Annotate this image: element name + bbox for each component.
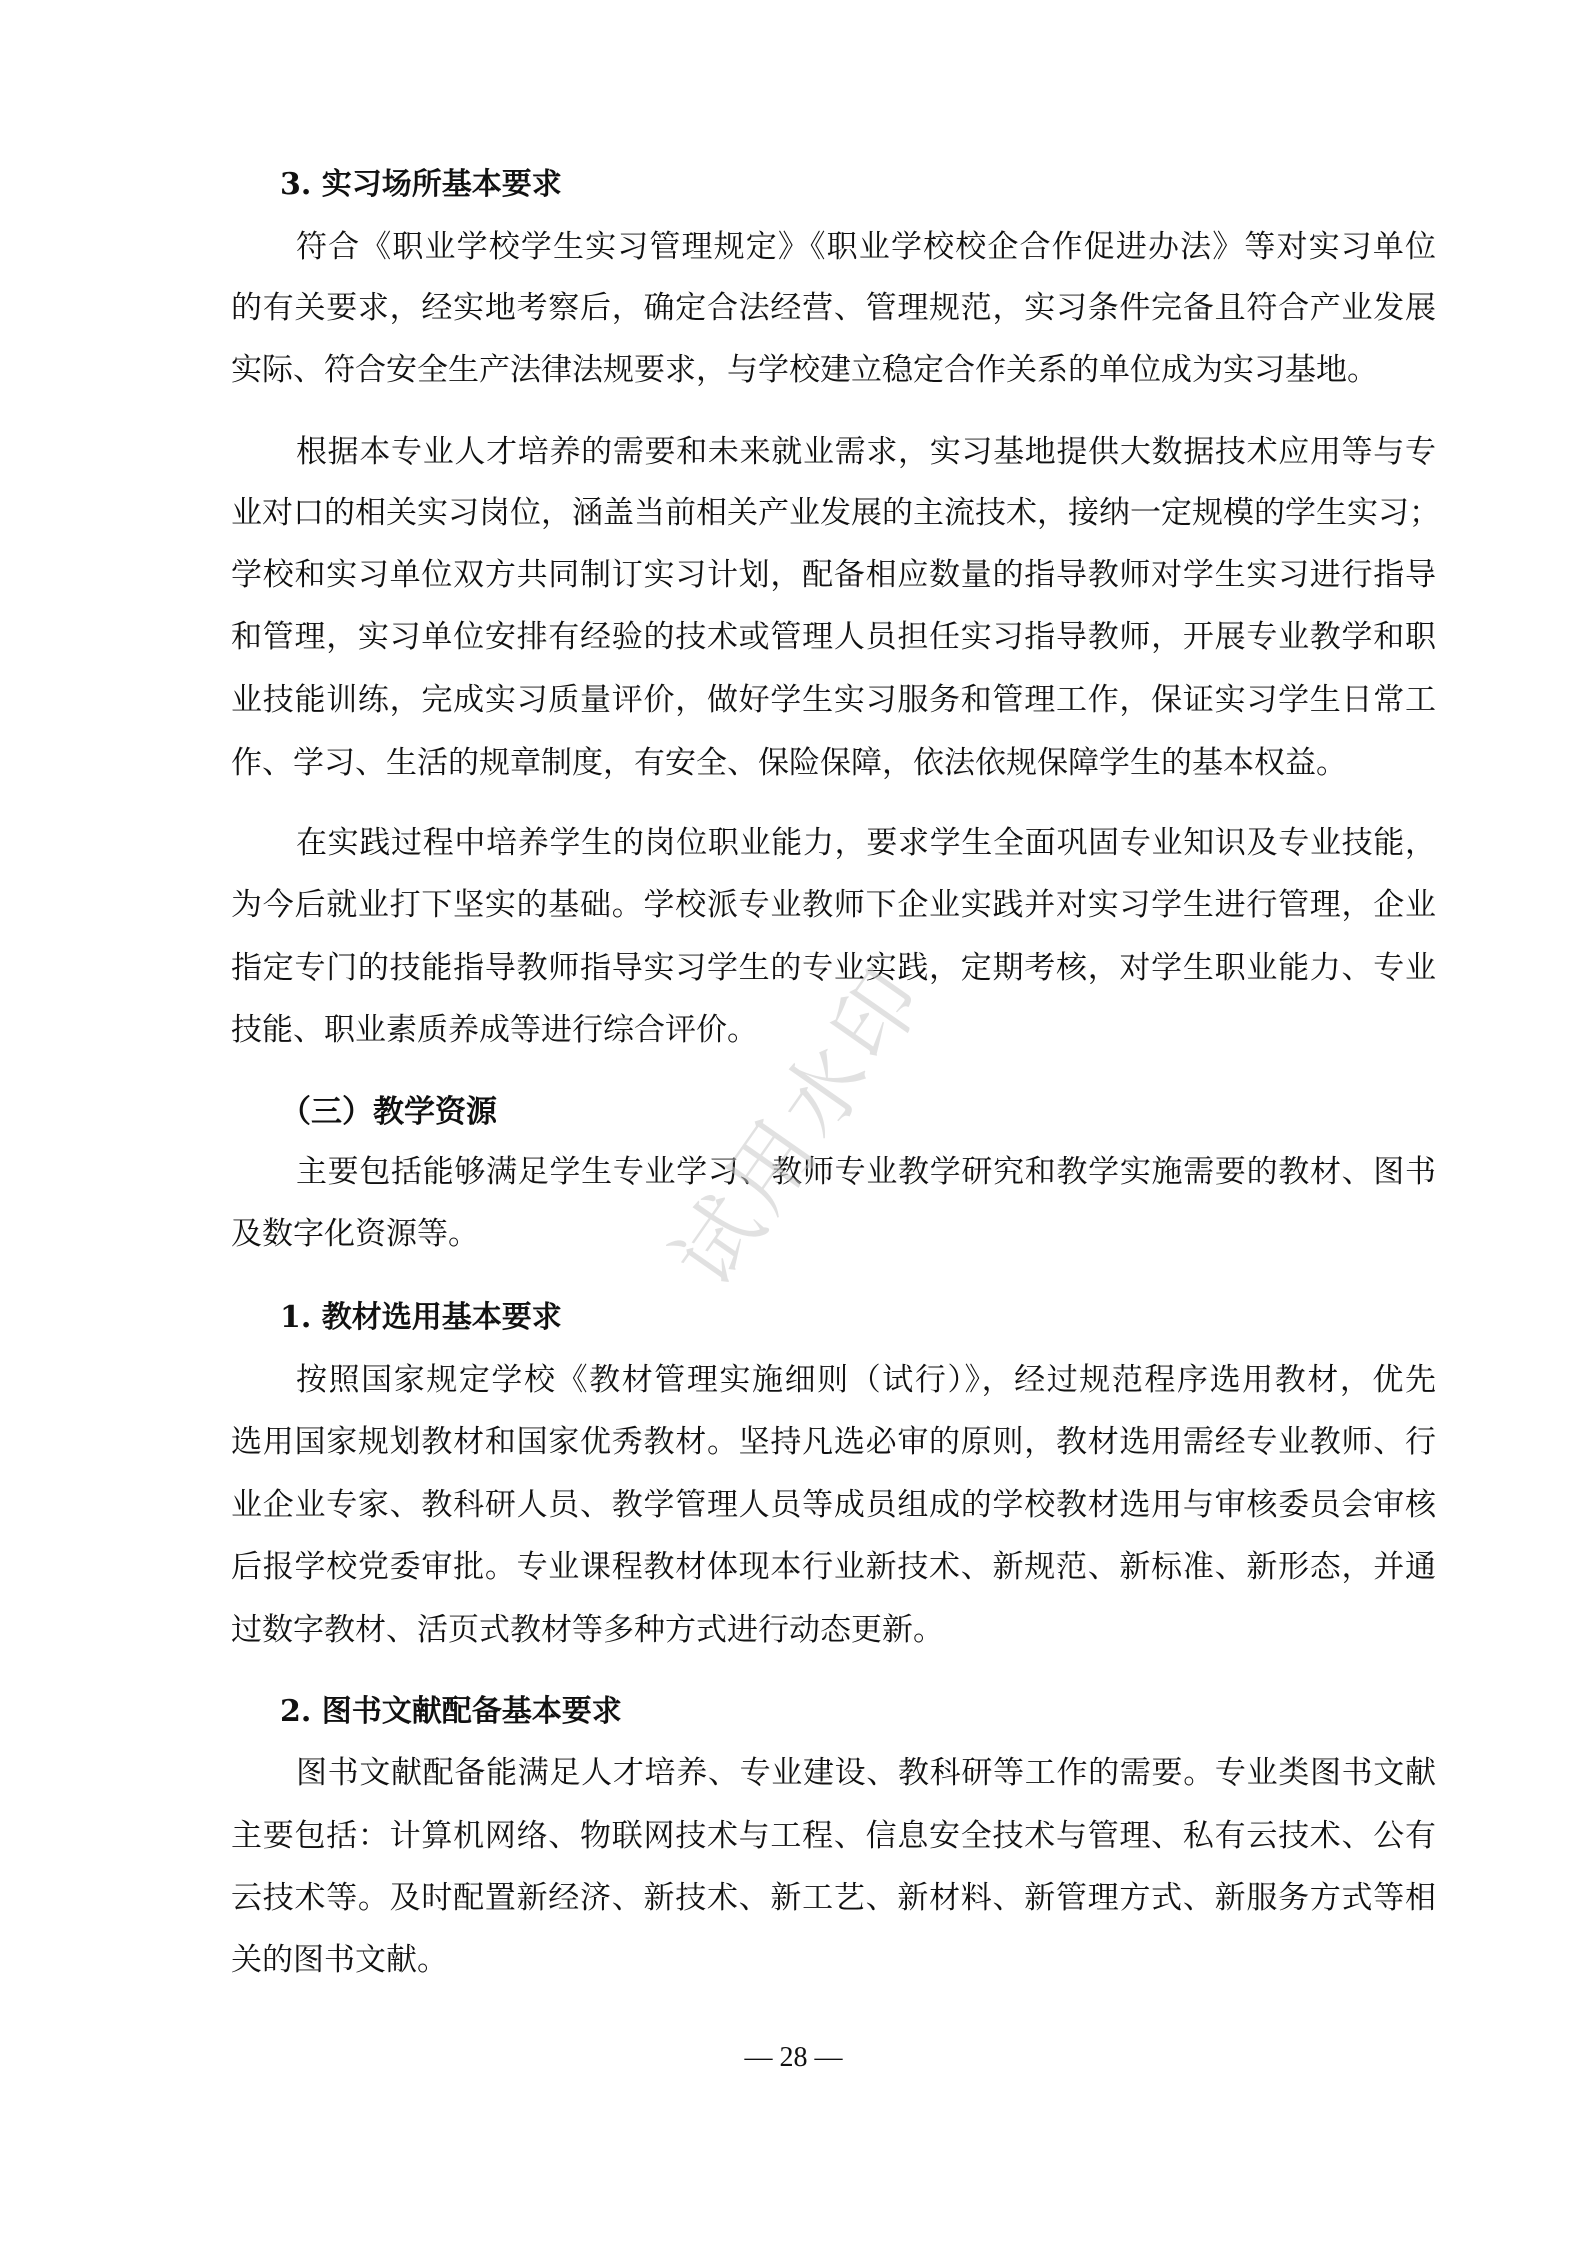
paragraph-line: 技能、职业素质养成等进行综合评价。 [231, 1010, 1436, 1050]
paragraph-line: 关的图书文献。 [231, 1940, 1436, 1980]
paragraph-line: 主要包括：计算机网络、物联网技术与工程、信息安全技术与管理、私有云技术、公有 [231, 1816, 1436, 1856]
paragraph-line: 和管理，实习单位安排有经验的技术或管理人员担任实习指导教师，开展专业教学和职 [231, 617, 1436, 657]
heading-textbook-selection: 1. 教材选用基本要求 [280, 1298, 562, 1338]
paragraph-line: 业对口的相关实习岗位，涵盖当前相关产业发展的主流技术，接纳一定规模的学生实习； [231, 493, 1436, 533]
heading-teaching-resources: （三）教学资源 [280, 1092, 497, 1132]
paragraph-line: 的有关要求，经实地考察后，确定合法经营、管理规范，实习条件完备且符合产业发展 [231, 288, 1436, 328]
paragraph-line: 业企业专家、教科研人员、教学管理人员等成员组成的学校教材选用与审核委员会审核 [231, 1485, 1436, 1525]
paragraph-line: 后报学校党委审批。专业课程教材体现本行业新技术、新规范、新标准、新形态，并通 [231, 1547, 1436, 1587]
paragraph-line: 作、学习、生活的规章制度，有安全、保险保障，依法依规保障学生的基本权益。 [231, 743, 1436, 783]
paragraph-line: 选用国家规划教材和国家优秀教材。坚持凡选必审的原则，教材选用需经专业教师、行 [231, 1422, 1436, 1462]
paragraph-line: 主要包括能够满足学生专业学习、教师专业教学研究和教学实施需要的教材、图书 [296, 1152, 1436, 1192]
paragraph-line: 实际、符合安全生产法律法规要求，与学校建立稳定合作关系的单位成为实习基地。 [231, 350, 1436, 390]
paragraph-line: 过数字教材、活页式教材等多种方式进行动态更新。 [231, 1610, 1436, 1650]
paragraph-line: 符合《职业学校学生实习管理规定》《职业学校校企合作促进办法》等对实习单位 [296, 227, 1436, 267]
paragraph-line: 按照国家规定学校《教材管理实施细则（试行）》，经过规范程序选用教材，优先 [296, 1360, 1436, 1400]
paragraph-line: 及数字化资源等。 [231, 1214, 1436, 1254]
paragraph-line: 根据本专业人才培养的需要和未来就业需求，实习基地提供大数据技术应用等与专 [296, 432, 1436, 472]
paragraph-line: 在实践过程中培养学生的岗位职业能力，要求学生全面巩固专业知识及专业技能， [296, 823, 1436, 863]
page-number: — 28 — [0, 2040, 1587, 2076]
heading-library-resources: 2. 图书文献配备基本要求 [280, 1692, 622, 1732]
paragraph-line: 图书文献配备能满足人才培养、专业建设、教科研等工作的需要。专业类图书文献 [296, 1753, 1436, 1793]
paragraph-line: 业技能训练，完成实习质量评价，做好学生实习服务和管理工作，保证实习学生日常工 [231, 680, 1436, 720]
paragraph-line: 为今后就业打下坚实的基础。学校派专业教师下企业实践并对实习学生进行管理，企业 [231, 885, 1436, 925]
paragraph-line: 云技术等。及时配置新经济、新技术、新工艺、新材料、新管理方式、新服务方式等相 [231, 1878, 1436, 1918]
heading-internship-site-requirements: 3. 实习场所基本要求 [280, 165, 562, 205]
paragraph-line: 学校和实习单位双方共同制订实习计划，配备相应数量的指导教师对学生实习进行指导 [231, 555, 1436, 595]
paragraph-line: 指定专门的技能指导教师指导实习学生的专业实践，定期考核，对学生职业能力、专业 [231, 948, 1436, 988]
document-page: 3. 实习场所基本要求 符合《职业学校学生实习管理规定》《职业学校校企合作促进办… [0, 0, 1587, 2245]
